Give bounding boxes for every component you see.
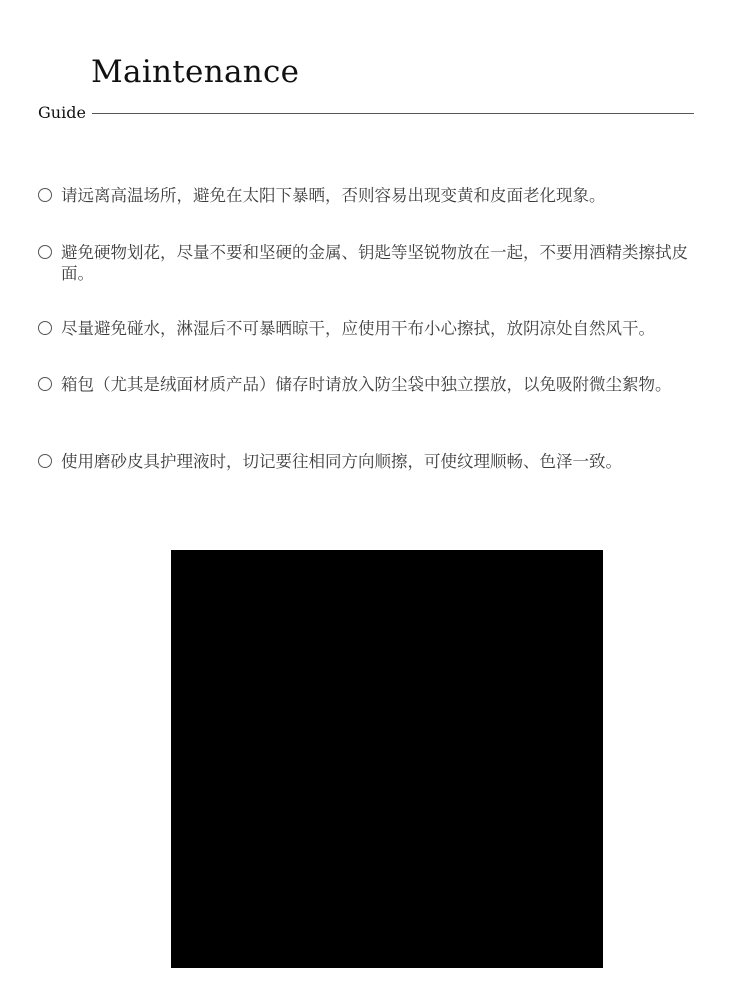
circle-bullet-icon <box>38 377 52 391</box>
list-item: 避免硬物划花，尽量不要和坚硬的金属、钥匙等坚锐物放在一起，不要用酒精类擦拭皮面。 <box>38 242 708 284</box>
page-subtitle: Guide <box>38 102 86 124</box>
tip-text: 尽量避免碰水，淋湿后不可暴晒晾干，应使用干布小心擦拭，放阴凉处自然风干。 <box>61 318 708 339</box>
tip-text: 避免硬物划花，尽量不要和坚硬的金属、钥匙等坚锐物放在一起，不要用酒精类擦拭皮面。 <box>61 242 708 284</box>
circle-bullet-icon <box>38 188 52 202</box>
tip-text: 使用磨砂皮具护理液时，切记要往相同方向顺擦，可使纹理顺畅、色泽一致。 <box>61 451 708 472</box>
subtitle-row: Guide <box>38 102 694 124</box>
divider-line <box>92 113 694 114</box>
list-item: 使用磨砂皮具护理液时，切记要往相同方向顺擦，可使纹理顺畅、色泽一致。 <box>38 451 708 472</box>
list-item: 请远离高温场所，避免在太阳下暴晒，否则容易出现变黄和皮面老化现象。 <box>38 185 708 206</box>
circle-bullet-icon <box>38 321 52 335</box>
page-title: Maintenance <box>91 52 299 92</box>
product-image-placeholder <box>171 550 603 968</box>
list-item: 尽量避免碰水，淋湿后不可暴晒晾干，应使用干布小心擦拭，放阴凉处自然风干。 <box>38 318 708 339</box>
circle-bullet-icon <box>38 245 52 259</box>
list-item: 箱包（尤其是绒面材质产品）储存时请放入防尘袋中独立摆放，以免吸附微尘絮物。 <box>38 374 708 395</box>
tip-text: 请远离高温场所，避免在太阳下暴晒，否则容易出现变黄和皮面老化现象。 <box>61 185 708 206</box>
tip-text: 箱包（尤其是绒面材质产品）储存时请放入防尘袋中独立摆放，以免吸附微尘絮物。 <box>61 374 708 395</box>
circle-bullet-icon <box>38 454 52 468</box>
